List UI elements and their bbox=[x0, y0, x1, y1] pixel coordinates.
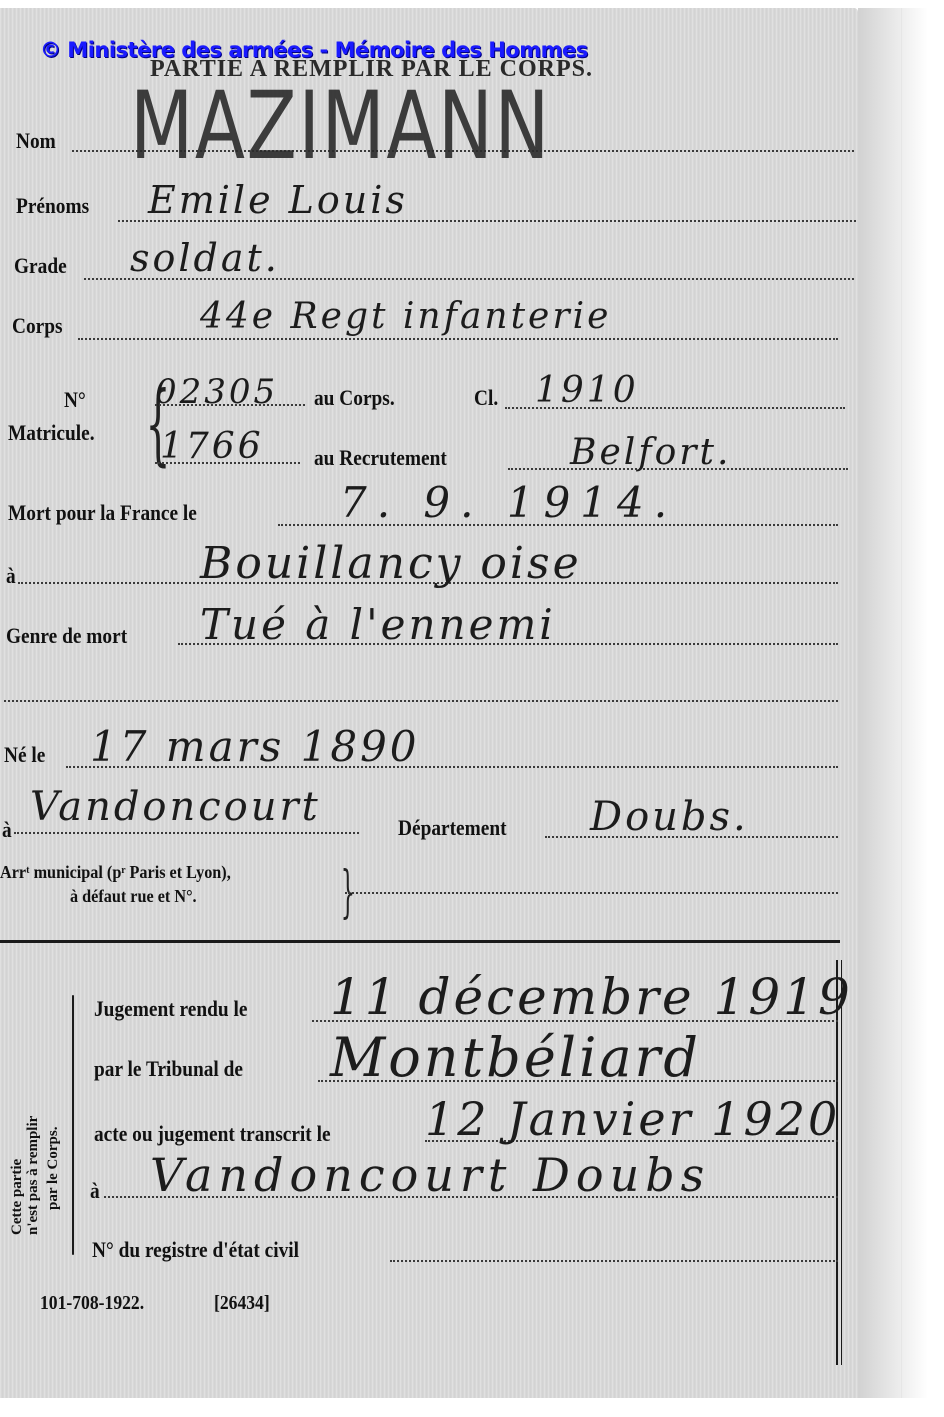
corps-value: 44e Regt infanterie bbox=[200, 296, 611, 337]
departement-value: Doubs. bbox=[590, 794, 749, 840]
recrutement-number: 1766 bbox=[160, 426, 264, 467]
ne-a-label: à bbox=[2, 817, 12, 843]
ne-a-value: Vandoncourt bbox=[30, 784, 321, 830]
jugement-rendu-label: Jugement rendu le bbox=[94, 996, 247, 1022]
transcrit-a-value: Vandoncourt Doubs bbox=[150, 1148, 710, 1202]
ne-a-line bbox=[14, 832, 359, 834]
matricule-corps-line bbox=[155, 404, 305, 406]
jugement-bracket bbox=[72, 995, 74, 1255]
genre-de-mort-label: Genre de mort bbox=[6, 623, 127, 649]
prenoms-value: Emile Louis bbox=[148, 178, 408, 222]
grade-label: Grade bbox=[14, 253, 67, 279]
departement-label: Département bbox=[398, 815, 507, 841]
scan-edge bbox=[858, 8, 928, 1398]
recrutement-number-line bbox=[155, 462, 300, 464]
mort-a-label: à bbox=[6, 563, 16, 589]
arrondissement-line bbox=[345, 892, 838, 894]
print-reference: 101-708-1922. bbox=[40, 1292, 144, 1315]
tribunal-value: Montbéliard bbox=[330, 1026, 701, 1089]
classe-value: 1910 bbox=[535, 370, 639, 411]
transcrit-value: 12 Janvier 1920 bbox=[425, 1092, 840, 1146]
ne-le-value: 17 mars 1890 bbox=[90, 722, 420, 771]
arrondissement-label-line2: à défaut rue et N°. bbox=[70, 886, 197, 907]
section-divider bbox=[0, 940, 840, 943]
recrutement-value: Belfort. bbox=[570, 432, 731, 473]
side-note-line3: par le Corps. bbox=[44, 1127, 62, 1210]
nom-label: Nom bbox=[16, 128, 56, 154]
transcrit-a-label: à bbox=[90, 1178, 100, 1204]
grade-value: soldat. bbox=[130, 236, 280, 280]
transcrit-label: acte ou jugement transcrit le bbox=[94, 1121, 331, 1147]
form-code: [26434] bbox=[214, 1292, 270, 1315]
matricule-label: Matricule. bbox=[8, 420, 95, 446]
mort-le-label: Mort pour la France le bbox=[8, 500, 197, 526]
blank-line bbox=[4, 700, 838, 702]
side-note-line2: n'est pas à remplir bbox=[24, 1116, 42, 1235]
prenoms-label: Prénoms bbox=[16, 193, 89, 219]
mort-le-value: 7. 9. 1914. bbox=[340, 478, 677, 527]
ne-le-label: Né le bbox=[4, 742, 45, 768]
corps-line bbox=[78, 338, 838, 340]
recrutement-label: au Recrutement bbox=[314, 445, 447, 471]
registre-line bbox=[390, 1260, 838, 1262]
genre-de-mort-value: Tué à l'ennemi bbox=[200, 600, 556, 649]
nom-value: MAZIMANN bbox=[130, 72, 551, 181]
matricule-corps-number: 02305 bbox=[155, 372, 278, 412]
jugement-rendu-value: 11 décembre 1919 bbox=[330, 968, 853, 1026]
matricule-label-no: N° bbox=[64, 387, 86, 413]
arrondissement-label-line1: Arrᵗ municipal (pʳ Paris et Lyon), bbox=[0, 862, 231, 883]
au-corps-label: au Corps. bbox=[314, 385, 395, 411]
copyright-watermark: © Ministère des armées - Mémoire des Hom… bbox=[40, 38, 588, 62]
tribunal-label: par le Tribunal de bbox=[94, 1056, 243, 1082]
scan-edge-line bbox=[901, 8, 902, 1398]
mort-a-value: Bouillancy oise bbox=[200, 538, 582, 589]
corps-label: Corps bbox=[12, 313, 63, 339]
classe-label: Cl. bbox=[474, 385, 498, 411]
registre-label: N° du registre d'état civil bbox=[92, 1237, 299, 1263]
